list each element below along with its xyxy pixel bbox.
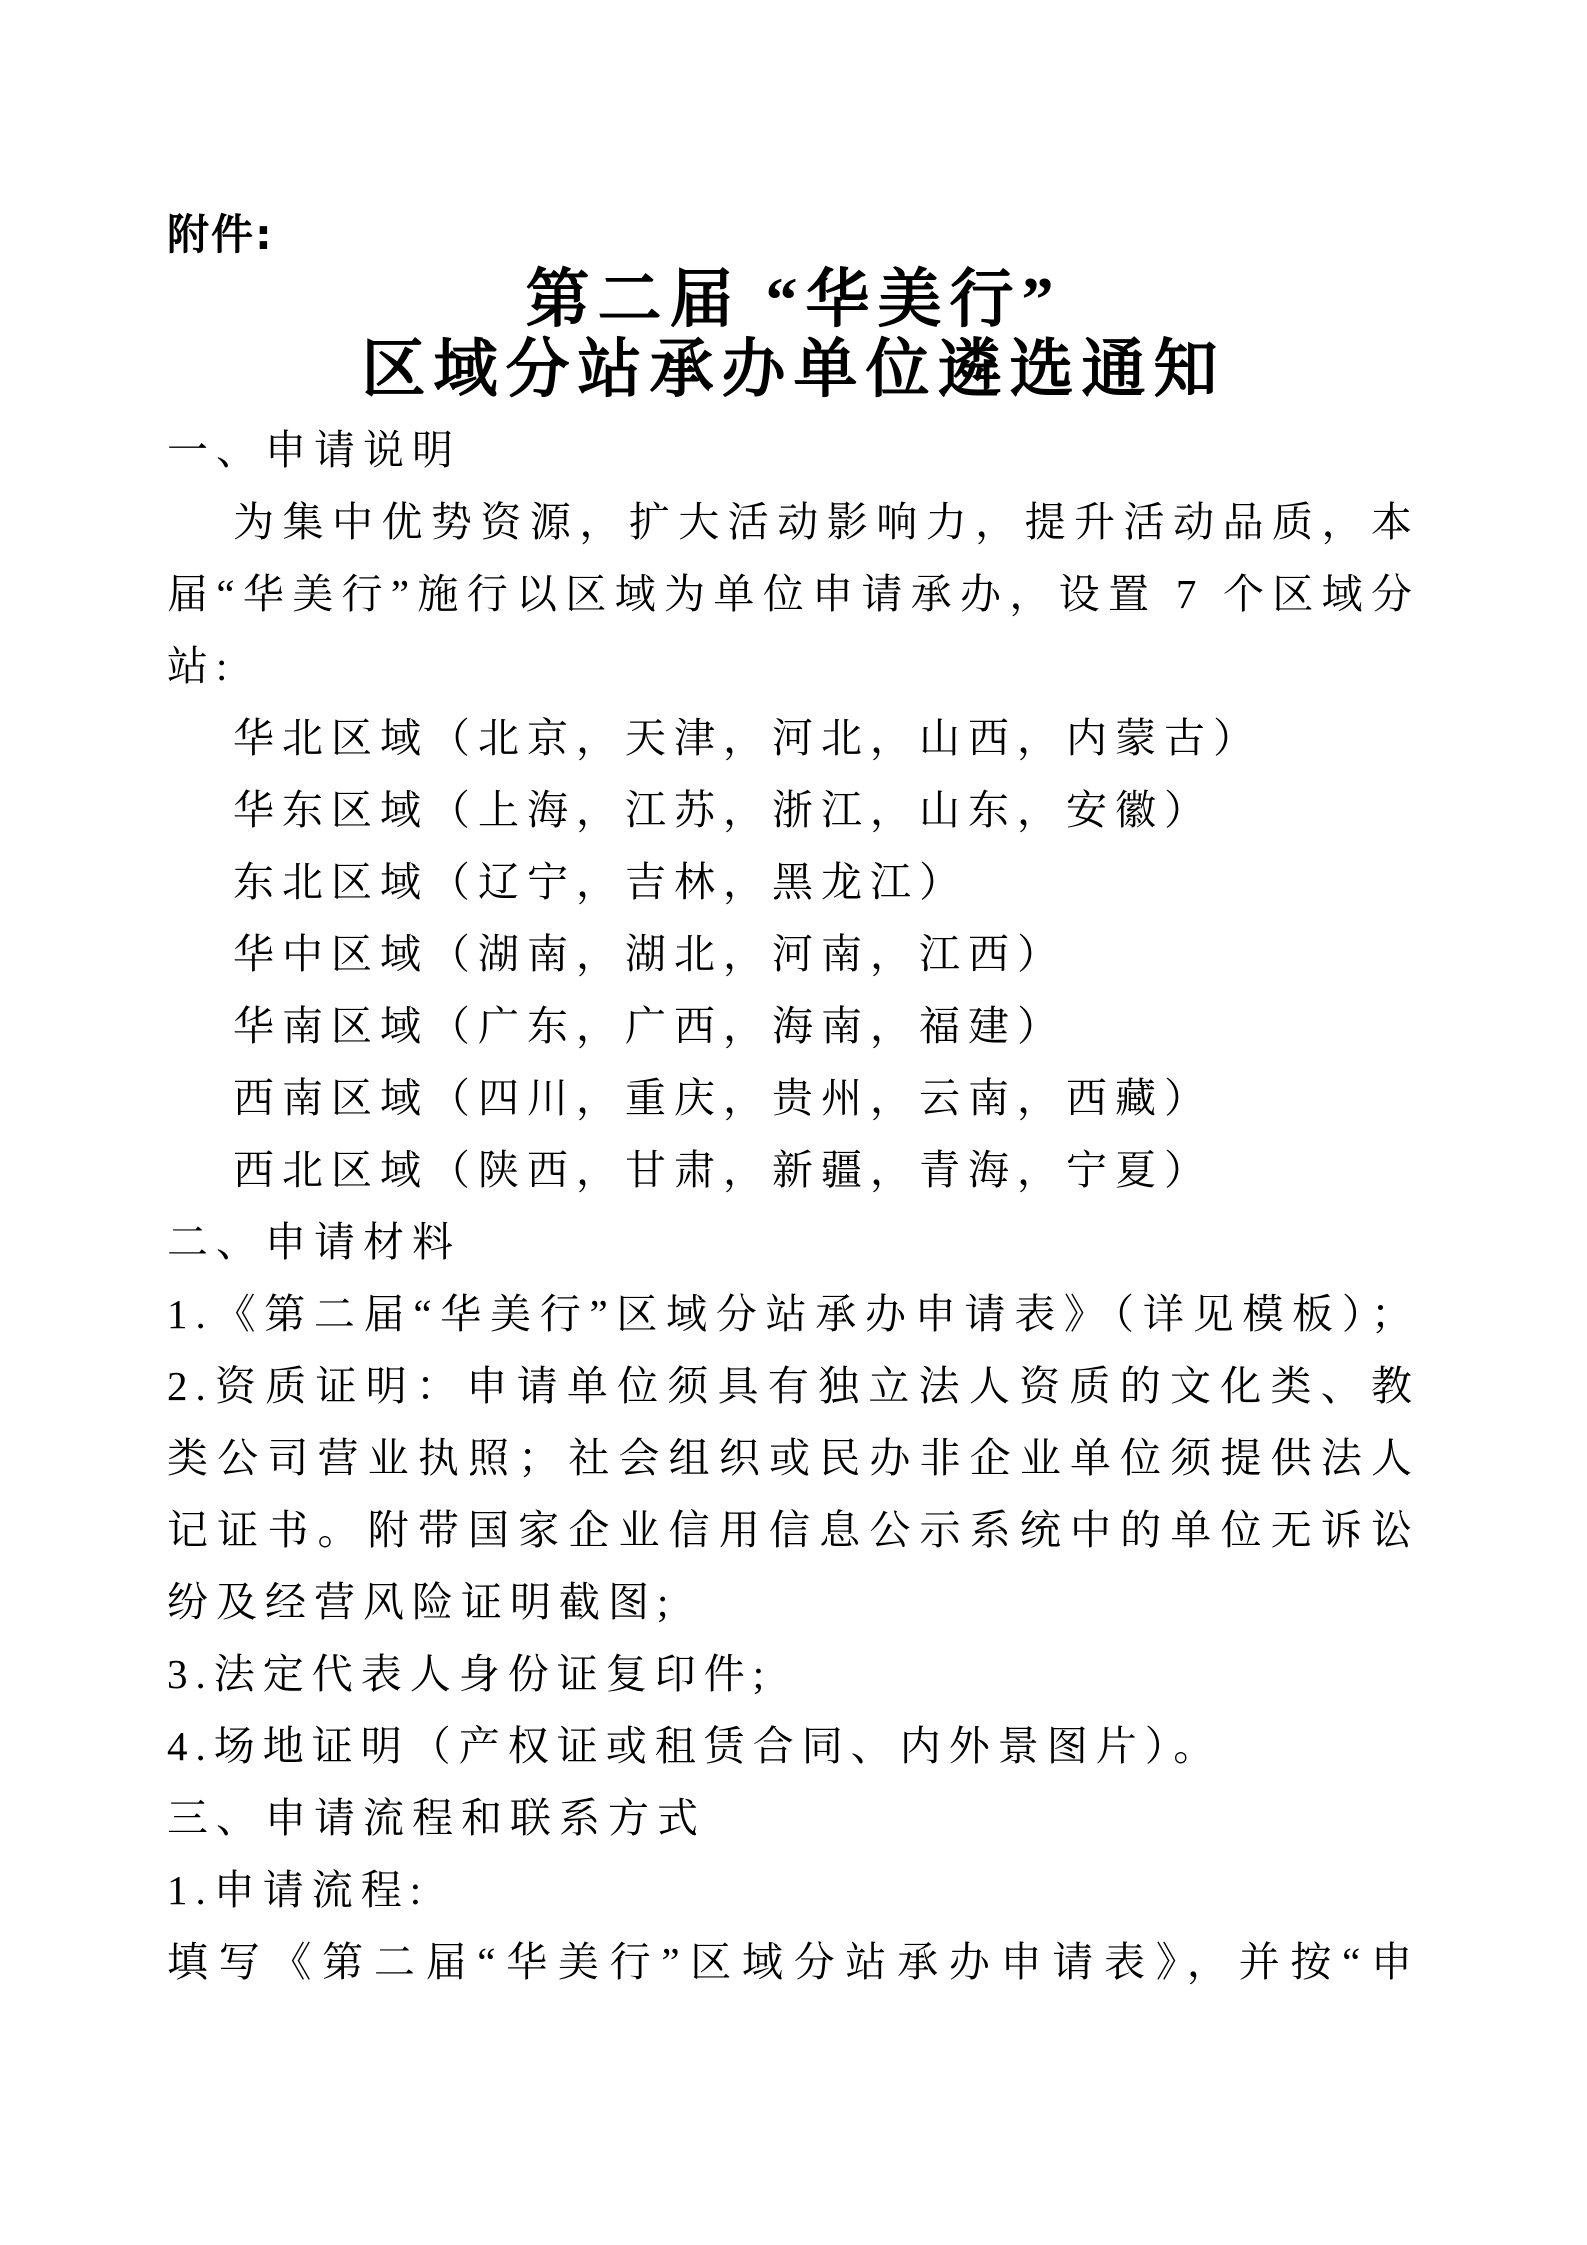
section-heading: 一、申请说明	[167, 414, 1420, 486]
paragraph-line: 为集中优势资源，扩大活动影响力，提升活动品质，本	[167, 486, 1420, 558]
document-title-line-2: 区域分站承办单位遴选通知	[0, 335, 1587, 405]
section-heading: 二、申请材料	[167, 1206, 1420, 1278]
document-title-line-1: 第二届 “华美行”	[0, 265, 1587, 335]
paragraph-line: 记证书。附带国家企业信用信息公示系统中的单位无诉讼纠	[167, 1494, 1420, 1566]
attachment-label: 附件:	[167, 199, 274, 271]
numbered-item: 4.场地证明（产权证或租赁合同、内外景图片）。	[167, 1710, 1420, 1782]
section-heading: 三、申请流程和联系方式	[167, 1782, 1420, 1854]
paragraph-line: 类公司营业执照；社会组织或民办非企业单位须提供法人登	[167, 1422, 1420, 1494]
document-body: 一、申请说明为集中优势资源，扩大活动影响力，提升活动品质，本届“华美行”施行以区…	[167, 414, 1420, 1998]
document-title: 第二届 “华美行” 区域分站承办单位遴选通知	[0, 265, 1587, 405]
region-list-item: 华南区域（广东，广西，海南，福建）	[167, 990, 1420, 1062]
numbered-item: 3.法定代表人身份证复印件;	[167, 1638, 1420, 1710]
region-list-item: 华北区域（北京，天津，河北，山西，内蒙古）	[167, 702, 1420, 774]
region-list-item: 西南区域（四川，重庆，贵州，云南，西藏）	[167, 1062, 1420, 1134]
region-list-item: 东北区域（辽宁，吉林，黑龙江）	[167, 846, 1420, 918]
region-list-item: 西北区域（陕西，甘肃，新疆，青海，宁夏）	[167, 1134, 1420, 1206]
paragraph-line: 站:	[167, 630, 1420, 702]
numbered-item: 2.资质证明：申请单位须具有独立法人资质的文化类、教育	[167, 1350, 1420, 1422]
region-list-item: 华东区域（上海，江苏，浙江，山东，安徽）	[167, 774, 1420, 846]
paragraph-line: 纷及经营风险证明截图;	[167, 1566, 1420, 1638]
numbered-item: 1.《第二届“华美行”区域分站承办申请表》（详见模板）；	[167, 1278, 1420, 1350]
paragraph-line: 届“华美行”施行以区域为单位申请承办，设置 7 个区域分	[167, 558, 1420, 630]
region-list-item: 华中区域（湖南，湖北，河南，江西）	[167, 918, 1420, 990]
paragraph-line: 填写《第二届“华美行”区域分站承办申请表》，并按“申	[167, 1926, 1420, 1998]
document-page: 附件: 第二届 “华美行” 区域分站承办单位遴选通知 一、申请说明为集中优势资源…	[0, 0, 1587, 2245]
numbered-item: 1.申请流程:	[167, 1854, 1420, 1926]
